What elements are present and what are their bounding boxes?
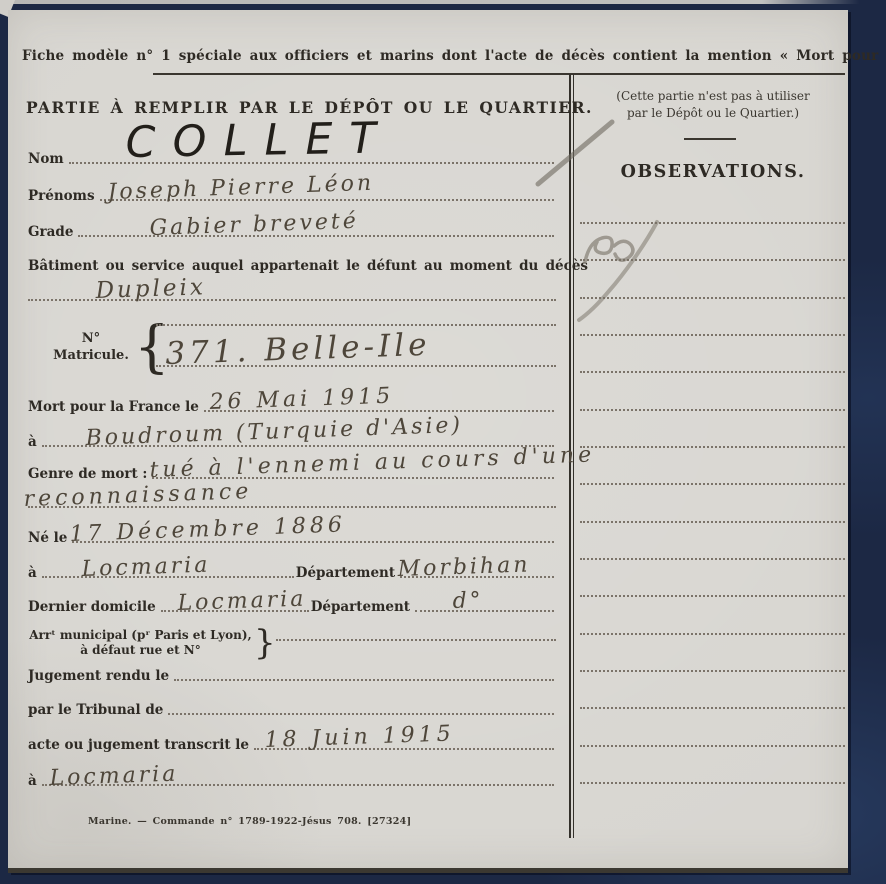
ne-le-label: Né le [28,531,67,546]
observations-line [580,371,845,373]
observations-line [580,259,845,261]
prenoms-label: Prénoms [28,189,95,204]
observations-line [580,521,845,523]
pencil-tail-mark [579,222,657,320]
pencil-scribble-mark [585,237,633,262]
jugement-label: Jugement rendu le [28,669,169,684]
right-column-note: (Cette partie n'est pas à utiliser par l… [586,88,840,122]
observations-line [580,483,845,485]
dernier-domicile-label: Dernier domicile [28,600,156,615]
handwritten-matricule: 371. Belle-Ile [165,330,431,370]
observations-line [580,409,845,411]
observations-line [580,745,845,747]
handwritten-domicile-departement: d° [452,590,484,613]
matricule-line-1 [156,324,556,326]
mort-lieu-label: à [28,435,37,450]
dotted-line [168,713,554,715]
observations-line [580,633,845,635]
observations-line [580,707,845,709]
arr-municipal-brace: } [254,626,276,660]
arr-municipal-label-line2: à défaut rue et N° [28,643,253,658]
note-line-2: par le Dépôt ou le Quartier.) [586,105,840,122]
observations-line [580,782,845,784]
handwritten-ne-lieu: Locmaria [81,555,211,581]
field-row-tribunal: par le Tribunal de [28,694,556,718]
genre-de-mort-label: Genre de mort : [28,467,147,482]
scanned-document-page: Fiche modèle n° 1 spéciale aux officiers… [0,0,886,884]
observations-line [580,222,845,224]
handwritten-nom: COLLET [125,117,393,165]
dotted-line [174,679,554,681]
observations-line [580,670,845,672]
observations-line [580,446,845,448]
handwritten-ne-departement: Morbihan [397,554,531,581]
observations-line [580,297,845,299]
grade-label: Grade [28,225,73,240]
handwritten-domicile: Locmaria [177,589,307,615]
handwritten-batiment: Dupleix [95,276,206,303]
arr-municipal-label: Arrᵗ municipal (pʳ Paris et Lyon), à déf… [28,628,253,658]
handwritten-transcrit-lieu: Locmaria [49,764,179,790]
note-rule [684,138,736,140]
ne-lieu-label: à [28,566,37,581]
tribunal-label: par le Tribunal de [28,703,163,718]
scan-edge-strip [0,0,886,4]
transcrit-le-label: acte ou jugement transcrit le [28,738,249,753]
domicile-departement-label: Département [311,600,410,615]
matricule-label-word: Matricule. [48,347,134,364]
mort-le-label: Mort pour la France le [28,400,199,415]
arr-municipal-dotted-line [276,639,556,641]
matricule-label: N° Matricule. [48,330,134,364]
observations-line [580,558,845,560]
observations-title: OBSERVATIONS. [586,162,840,182]
matricule-label-no: N° [48,330,134,347]
print-order-footer: Marine. — Commande n° 1789-1922-Jésus 70… [88,816,411,827]
dotted-line [415,610,554,612]
note-line-1: (Cette partie n'est pas à utiliser [586,88,840,105]
fiche-model-header: Fiche modèle n° 1 spéciale aux officiers… [22,48,834,64]
observations-line [580,595,845,597]
header-underline [153,73,845,75]
arr-municipal-label-line1: Arrᵗ municipal (pʳ Paris et Lyon), [28,628,253,643]
fiche-paper: Fiche modèle n° 1 spéciale aux officiers… [8,10,848,873]
nom-label: Nom [28,152,64,167]
transcrit-lieu-label: à [28,774,37,789]
observations-line [580,334,845,336]
batiment-label: Bâtiment ou service auquel appartenait l… [28,258,560,274]
ne-departement-label: Département [296,566,395,581]
field-row-jugement: Jugement rendu le [28,660,556,684]
